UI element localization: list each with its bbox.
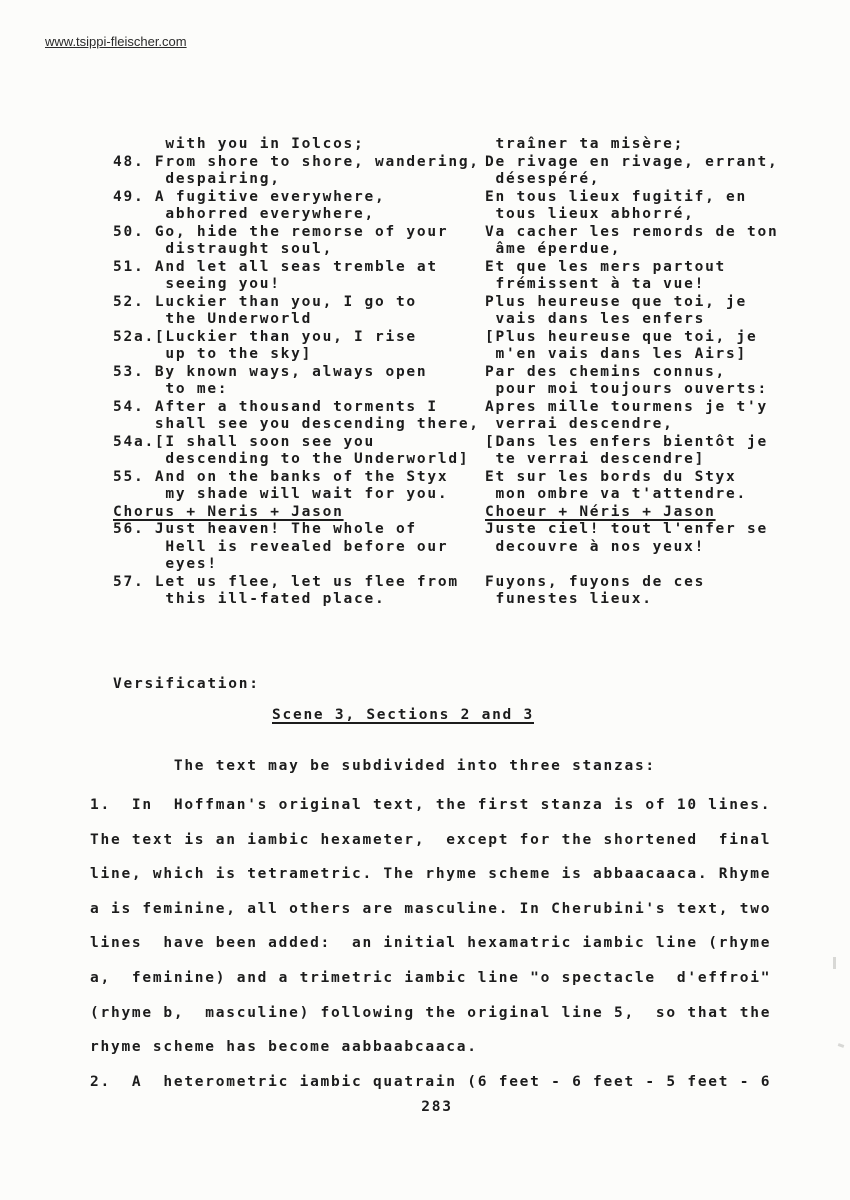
libretto-line-right: traîner ta misère; — [485, 136, 684, 154]
libretto-line-left: Chorus + Neris + Jason — [113, 504, 485, 522]
libretto-row: distraught soul, âme éperdue, — [113, 241, 778, 259]
scan-artifact — [833, 957, 836, 969]
libretto-row: the Underworld vais dans les enfers — [113, 311, 778, 329]
libretto-line-left: 49. A fugitive everywhere, — [113, 189, 485, 207]
analysis-line: 2. A heterometric iambic quatrain (6 fee… — [90, 1065, 771, 1100]
section-heading: Scene 3, Sections 2 and 3 — [272, 707, 534, 723]
libretto-line-left: despairing, — [113, 171, 485, 189]
libretto-line-left: 53. By known ways, always open — [113, 364, 485, 382]
libretto-line-right: En tous lieux fugitif, en — [485, 189, 747, 207]
libretto-row: this ill-fated place. funestes lieux. — [113, 591, 778, 609]
libretto-line-left: abhorred everywhere, — [113, 206, 485, 224]
libretto-row: 52. Luckier than you, I go toPlus heureu… — [113, 294, 778, 312]
libretto-line-left: 52. Luckier than you, I go to — [113, 294, 485, 312]
libretto-row: 51. And let all seas tremble atEt que le… — [113, 259, 778, 277]
libretto-row: to me: pour moi toujours ouverts: — [113, 381, 778, 399]
libretto-line-right: funestes lieux. — [485, 591, 653, 609]
libretto-row: 50. Go, hide the remorse of yourVa cache… — [113, 224, 778, 242]
libretto-line-right: te verrai descendre] — [485, 451, 705, 469]
libretto-line-right: mon ombre va t'attendre. — [485, 486, 747, 504]
libretto-line-right: tous lieux abhorré, — [485, 206, 695, 224]
libretto-row: shall see you descending there, verrai d… — [113, 416, 778, 434]
libretto-line-right: m'en vais dans les Airs] — [485, 346, 747, 364]
libretto-line-right: Choeur + Néris + Jason — [485, 504, 716, 522]
libretto-line-left: 48. From shore to shore, wandering, — [113, 154, 485, 172]
libretto-line-right: Juste ciel! tout l'enfer se — [485, 521, 768, 539]
libretto-row: 54a.[I shall soon see you[Dans les enfer… — [113, 434, 778, 452]
libretto-line-left: 55. And on the banks of the Styx — [113, 469, 485, 487]
analysis-line: a is feminine, all others are masculine.… — [90, 892, 771, 927]
libretto-line-right: pour moi toujours ouverts: — [485, 381, 768, 399]
libretto-line-left: 54a.[I shall soon see you — [113, 434, 485, 452]
page-number: 283 — [12, 1099, 850, 1117]
libretto-row: eyes! — [113, 556, 778, 574]
libretto-line-right: Apres mille tourmens je t'y — [485, 399, 768, 417]
libretto-line-right: Et sur les bords du Styx — [485, 469, 737, 487]
libretto-line-right: désespéré, — [485, 171, 600, 189]
libretto-row: 55. And on the banks of the StyxEt sur l… — [113, 469, 778, 487]
libretto-line-left: 54. After a thousand torments I — [113, 399, 485, 417]
libretto-line-left: 56. Just heaven! The whole of — [113, 521, 485, 539]
libretto-line-right: vais dans les enfers — [485, 311, 705, 329]
libretto-line-left: 51. And let all seas tremble at — [113, 259, 485, 277]
libretto-row: 57. Let us flee, let us flee fromFuyons,… — [113, 574, 778, 592]
libretto-line-left: eyes! — [113, 556, 485, 574]
site-url-link[interactable]: www.tsippi-fleischer.com — [45, 35, 187, 49]
analysis-intro: The text may be subdivided into three st… — [90, 758, 656, 776]
analysis-line: The text is an iambic hexameter, except … — [90, 823, 771, 858]
libretto-line-left: Hell is revealed before our — [113, 539, 485, 557]
libretto-line-left: to me: — [113, 381, 485, 399]
libretto-line-right: âme éperdue, — [485, 241, 621, 259]
libretto-row: 52a.[Luckier than you, I rise[Plus heure… — [113, 329, 778, 347]
libretto-line-left: 50. Go, hide the remorse of your — [113, 224, 485, 242]
libretto-line-right: Fuyons, fuyons de ces — [485, 574, 705, 592]
libretto-row: Hell is revealed before our decouvre à n… — [113, 539, 778, 557]
analysis-line: (rhyme b, masculine) following the origi… — [90, 996, 771, 1031]
libretto-line-left: shall see you descending there, — [113, 416, 485, 434]
analysis-line: lines have been added: an initial hexama… — [90, 926, 771, 961]
libretto-line-right: Va cacher les remords de ton — [485, 224, 778, 242]
scanned-document-page: www.tsippi-fleischer.com with you in Iol… — [0, 0, 850, 1200]
analysis-line: line, which is tetrametric. The rhyme sc… — [90, 857, 771, 892]
libretto-line-left: 52a.[Luckier than you, I rise — [113, 329, 485, 347]
libretto-row: 56. Just heaven! The whole ofJuste ciel!… — [113, 521, 778, 539]
analysis-paragraphs: 1. In Hoffman's original text, the first… — [90, 788, 771, 1099]
section-heading-wrap: Scene 3, Sections 2 and 3 — [58, 706, 748, 725]
libretto-line-right: [Dans les enfers bientôt je — [485, 434, 768, 452]
libretto-line-right: frémissent à ta vue! — [485, 276, 705, 294]
libretto-row: seeing you! frémissent à ta vue! — [113, 276, 778, 294]
libretto-line-right: [Plus heureuse que toi, je — [485, 329, 757, 347]
libretto-line-left: descending to the Underworld] — [113, 451, 485, 469]
libretto: with you in Iolcos; traîner ta misère;48… — [113, 136, 778, 609]
libretto-line-left: distraught soul, — [113, 241, 485, 259]
libretto-row: 49. A fugitive everywhere,En tous lieux … — [113, 189, 778, 207]
libretto-line-left: this ill-fated place. — [113, 591, 485, 609]
libretto-row: despairing, désespéré, — [113, 171, 778, 189]
libretto-line-left: my shade will wait for you. — [113, 486, 485, 504]
libretto-line-right: verrai descendre, — [485, 416, 674, 434]
scan-artifact — [838, 1043, 845, 1048]
analysis-line: rhyme scheme has become aabbaabcaaca. — [90, 1030, 771, 1065]
libretto-row: up to the sky] m'en vais dans les Airs] — [113, 346, 778, 364]
libretto-line-right: Par des chemins connus, — [485, 364, 726, 382]
libretto-row: 54. After a thousand torments IApres mil… — [113, 399, 778, 417]
libretto-line-right: decouvre à nos yeux! — [485, 539, 705, 557]
libretto-line-left: the Underworld — [113, 311, 485, 329]
libretto-row: descending to the Underworld] te verrai … — [113, 451, 778, 469]
analysis-line: 1. In Hoffman's original text, the first… — [90, 788, 771, 823]
libretto-row: 48. From shore to shore, wandering,De ri… — [113, 154, 778, 172]
libretto-line-left: seeing you! — [113, 276, 485, 294]
libretto-row: my shade will wait for you. mon ombre va… — [113, 486, 778, 504]
libretto-line-right: Et que les mers partout — [485, 259, 726, 277]
libretto-row: Chorus + Neris + JasonChoeur + Néris + J… — [113, 504, 778, 522]
libretto-row: with you in Iolcos; traîner ta misère; — [113, 136, 778, 154]
analysis-line: a, feminine) and a trimetric iambic line… — [90, 961, 771, 996]
libretto-line-left: with you in Iolcos; — [113, 136, 485, 154]
libretto-line-right: Plus heureuse que toi, je — [485, 294, 747, 312]
libretto-line-right: De rivage en rivage, errant, — [485, 154, 778, 172]
versification-label: Versification: — [113, 676, 260, 694]
libretto-row: abhorred everywhere, tous lieux abhorré, — [113, 206, 778, 224]
libretto-line-left: 57. Let us flee, let us flee from — [113, 574, 485, 592]
libretto-row: 53. By known ways, always openPar des ch… — [113, 364, 778, 382]
libretto-line-left: up to the sky] — [113, 346, 485, 364]
